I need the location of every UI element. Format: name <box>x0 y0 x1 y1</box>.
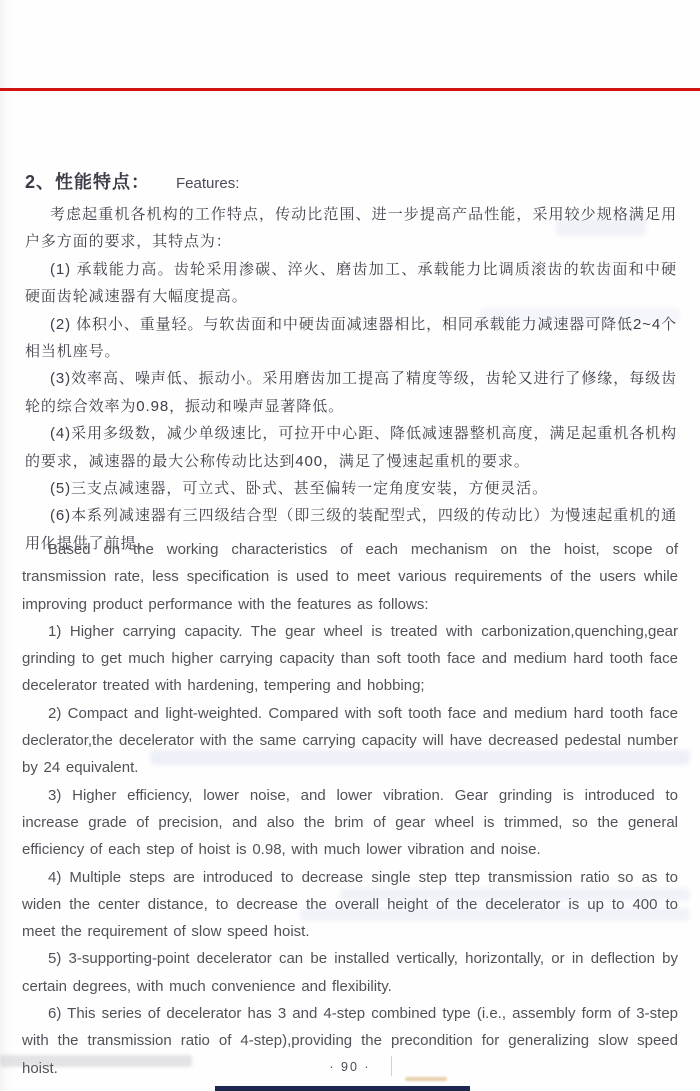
zh-paragraph: (4)采用多级数，减少单级速比，可拉开中心距、降低减速器整机高度，满足起重机各机… <box>25 420 677 475</box>
section-heading-en: Features: <box>176 175 239 192</box>
zh-paragraph: 考虑起重机各机构的工作特点，传动比范围、进一步提高产品性能，采用较少规格满足用户… <box>25 201 677 256</box>
en-paragraph: 2) Compact and light-weighted. Compared … <box>22 700 678 782</box>
zh-paragraph: (1) 承载能力高。齿轮采用渗碳、淬火、磨齿加工、承载能力比调质滚齿的软齿面和中… <box>25 256 677 311</box>
footer-bar <box>215 1086 470 1091</box>
en-paragraph: 4) Multiple steps are introduced to decr… <box>22 864 678 946</box>
en-paragraph: 1) Higher carrying capacity. The gear wh… <box>22 618 678 700</box>
page-number: · 90 · <box>0 1060 700 1074</box>
english-text-block: Based on the working characteristics of … <box>22 536 678 1082</box>
catalog-page: { "doc": { "accent_red": "#d01414", "foo… <box>0 0 700 1091</box>
section-heading: 2、性能特点：Features: <box>25 168 675 194</box>
zh-paragraph: (3)效率高、噪声低、振动小。采用磨齿加工提高了精度等级，齿轮又进行了修缘，每级… <box>25 365 677 420</box>
zh-paragraph: (2) 体积小、重量轻。与软齿面和中硬齿面减速器相比，相同承载能力减速器可降低2… <box>25 311 677 366</box>
section-heading-zh: 2、性能特点： <box>25 172 150 192</box>
chinese-text-block: 考虑起重机各机构的工作特点，传动比范围、进一步提高产品性能，采用较少规格满足用户… <box>25 201 677 557</box>
scan-line-artifact <box>391 1056 392 1076</box>
zh-paragraph: (5)三支点减速器，可立式、卧式、甚至偏转一定角度安装，方便灵活。 <box>25 475 677 502</box>
en-paragraph: 3) Higher efficiency, lower noise, and l… <box>22 782 678 864</box>
top-red-rule <box>0 88 700 91</box>
en-paragraph: Based on the working characteristics of … <box>22 536 678 618</box>
en-paragraph: 5) 3-supporting-point decelerator can be… <box>22 945 678 1000</box>
